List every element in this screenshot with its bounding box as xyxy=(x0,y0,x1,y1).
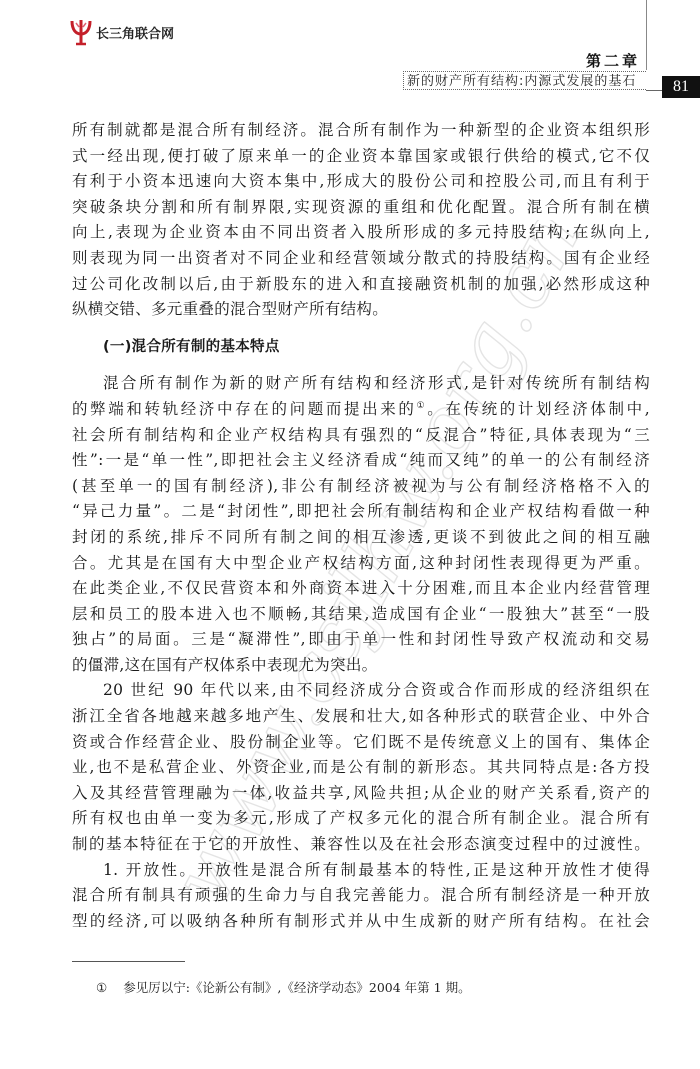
text-line: 所有制就都是混合所有制经济。混合所有制作为一种新型的企业资本组织形 xyxy=(72,118,650,144)
text-line: (甚至单一的国有制经济),非公有制经济被视为与公有制经济格格不入的 xyxy=(72,474,650,500)
site-logo: 长三角联合网 xyxy=(70,18,174,46)
text-line: 的弊端和转轨经济中存在的问题而提出来的①。在传统的计划经济体制中, xyxy=(72,397,650,423)
text-line: 层和员工的股本进入也不顺畅,其结果,造成国有企业“一股独大”甚至“一股 xyxy=(72,602,650,628)
footnote-rule xyxy=(72,961,185,962)
text-line: 型的经济,可以吸纳各种所有制形式并从中生成新的财产所有结构。在社会 xyxy=(72,909,650,935)
paragraph-2: 混合所有制作为新的财产所有结构和经济形式,是针对传统所有制结构 的弊端和转轨经济… xyxy=(72,371,650,678)
chapter-label: 第二章 xyxy=(586,50,640,71)
text-segment: 。在传统的计划经济体制中, xyxy=(427,400,650,418)
text-line: 资或合作经营企业、股份制企业等。它们既不是传统意义上的国有、集体企 xyxy=(72,730,650,756)
section-heading: (一)混合所有制的基本特点 xyxy=(72,335,650,361)
text-line: 20 世纪 90 年代以来,由不同经济成分合资或合作而形成的经济组织在 xyxy=(72,678,650,704)
running-title: 新的财产所有结构:内源式发展的基石 xyxy=(403,71,646,90)
text-line: 过公司化改制以后,由于新股东的进入和直接融资机制的加强,必然形成这种 xyxy=(72,272,650,298)
text-line: 浙江全省各地越来越多地产生、发展和壮大,如各种形式的联营企业、中外合 xyxy=(72,704,650,730)
text-line: 独占”的局面。三是“凝滞性”,即由于单一性和封闭性导致产权流动和交易 xyxy=(72,627,650,653)
text-segment: 的弊端和转轨经济中存在的问题而提出来的 xyxy=(72,400,417,418)
text-line: 有利于小资本迅速向大资本集中,形成大的股份公司和控股公司,而且有利于 xyxy=(72,169,650,195)
text-line: 向上,表现为企业资本由不同出资者入股所形成的多元持股结构;在纵向上, xyxy=(72,220,650,246)
footnote-text: 参见厉以宁:《论新公有制》,《经济学动态》2004 年第 1 期。 xyxy=(123,980,470,995)
text-line: 在此类企业,不仅民营资本和外商资本进入十分困难,而且本企业内经营管理 xyxy=(72,576,650,602)
text-line: 入及其经营管理融为一体,收益共享,风险共担;从企业的财产关系看,资产的 xyxy=(72,781,650,807)
text-line: 1. 开放性。开放性是混合所有制最基本的特性,正是这种开放性才使得 xyxy=(72,858,650,884)
header-vertical-rule xyxy=(646,0,647,70)
text-line: 合。尤其是在国有大中型企业产权结构方面,这种封闭性表现得更为严重。 xyxy=(72,551,650,577)
footnote-marker: ① xyxy=(96,980,107,995)
logo-text: 长三角联合网 xyxy=(96,23,174,42)
text-line: 封闭的系统,排斥不同所有制之间的相互渗透,更谈不到彼此之间的相互融 xyxy=(72,525,650,551)
text-line: 纵横交错、多元重叠的混合型财产所有结构。 xyxy=(72,297,650,323)
paragraph-4: 1. 开放性。开放性是混合所有制最基本的特性,正是这种开放性才使得 混合所有制具… xyxy=(72,858,650,935)
text-line: 制的基本特征在于它的开放性、兼容性以及在社会形态演变过程中的过渡性。 xyxy=(72,832,650,858)
footnote: ① 参见厉以宁:《论新公有制》,《经济学动态》2004 年第 1 期。 xyxy=(96,978,471,996)
text-line: 混合所有制具有顽强的生命力与自我完善能力。混合所有制经济是一种开放 xyxy=(72,883,650,909)
psi-logo-icon xyxy=(70,18,92,46)
text-line: 式一经出现,便打破了原来单一的企业资本靠国家或银行供给的模式,它不仅 xyxy=(72,144,650,170)
text-line: 所有权也由单一变为多元,形成了产权多元化的混合所有制企业。混合所有 xyxy=(72,806,650,832)
text-line: 则表现为同一出资者对不同企业和经营领域分散式的持股结构。国有企业经 xyxy=(72,246,650,272)
text-line: 的僵滞,这在国有产权体系中表现尤为突出。 xyxy=(72,653,650,679)
text-line: 业,也不是私营企业、外资企业,而是公有制的新形态。其共同特点是:各方投 xyxy=(72,755,650,781)
text-line: “异己力量”。二是“封闭性”,即把社会所有制结构和企业产权结构看做一种 xyxy=(72,499,650,525)
paragraph-1: 所有制就都是混合所有制经济。混合所有制作为一种新型的企业资本组织形 式一经出现,… xyxy=(72,118,650,323)
footnote-reference[interactable]: ① xyxy=(417,401,428,411)
text-line: 社会所有制结构和企业产权结构具有强烈的“反混合”特征,具体表现为“三 xyxy=(72,423,650,449)
text-line: 混合所有制作为新的财产所有结构和经济形式,是针对传统所有制结构 xyxy=(72,371,650,397)
text-line: 性”:一是“单一性”,即把社会主义经济看成“纯而又纯”的单一的公有制经济 xyxy=(72,448,650,474)
text-line: 突破条块分割和所有制界限,实现资源的重组和优化配置。混合所有制在横 xyxy=(72,195,650,221)
paragraph-3: 20 世纪 90 年代以来,由不同经济成分合资或合作而形成的经济组织在 浙江全省… xyxy=(72,678,650,857)
page-number: 81 xyxy=(662,76,700,98)
page-body: 所有制就都是混合所有制经济。混合所有制作为一种新型的企业资本组织形 式一经出现,… xyxy=(72,118,650,934)
